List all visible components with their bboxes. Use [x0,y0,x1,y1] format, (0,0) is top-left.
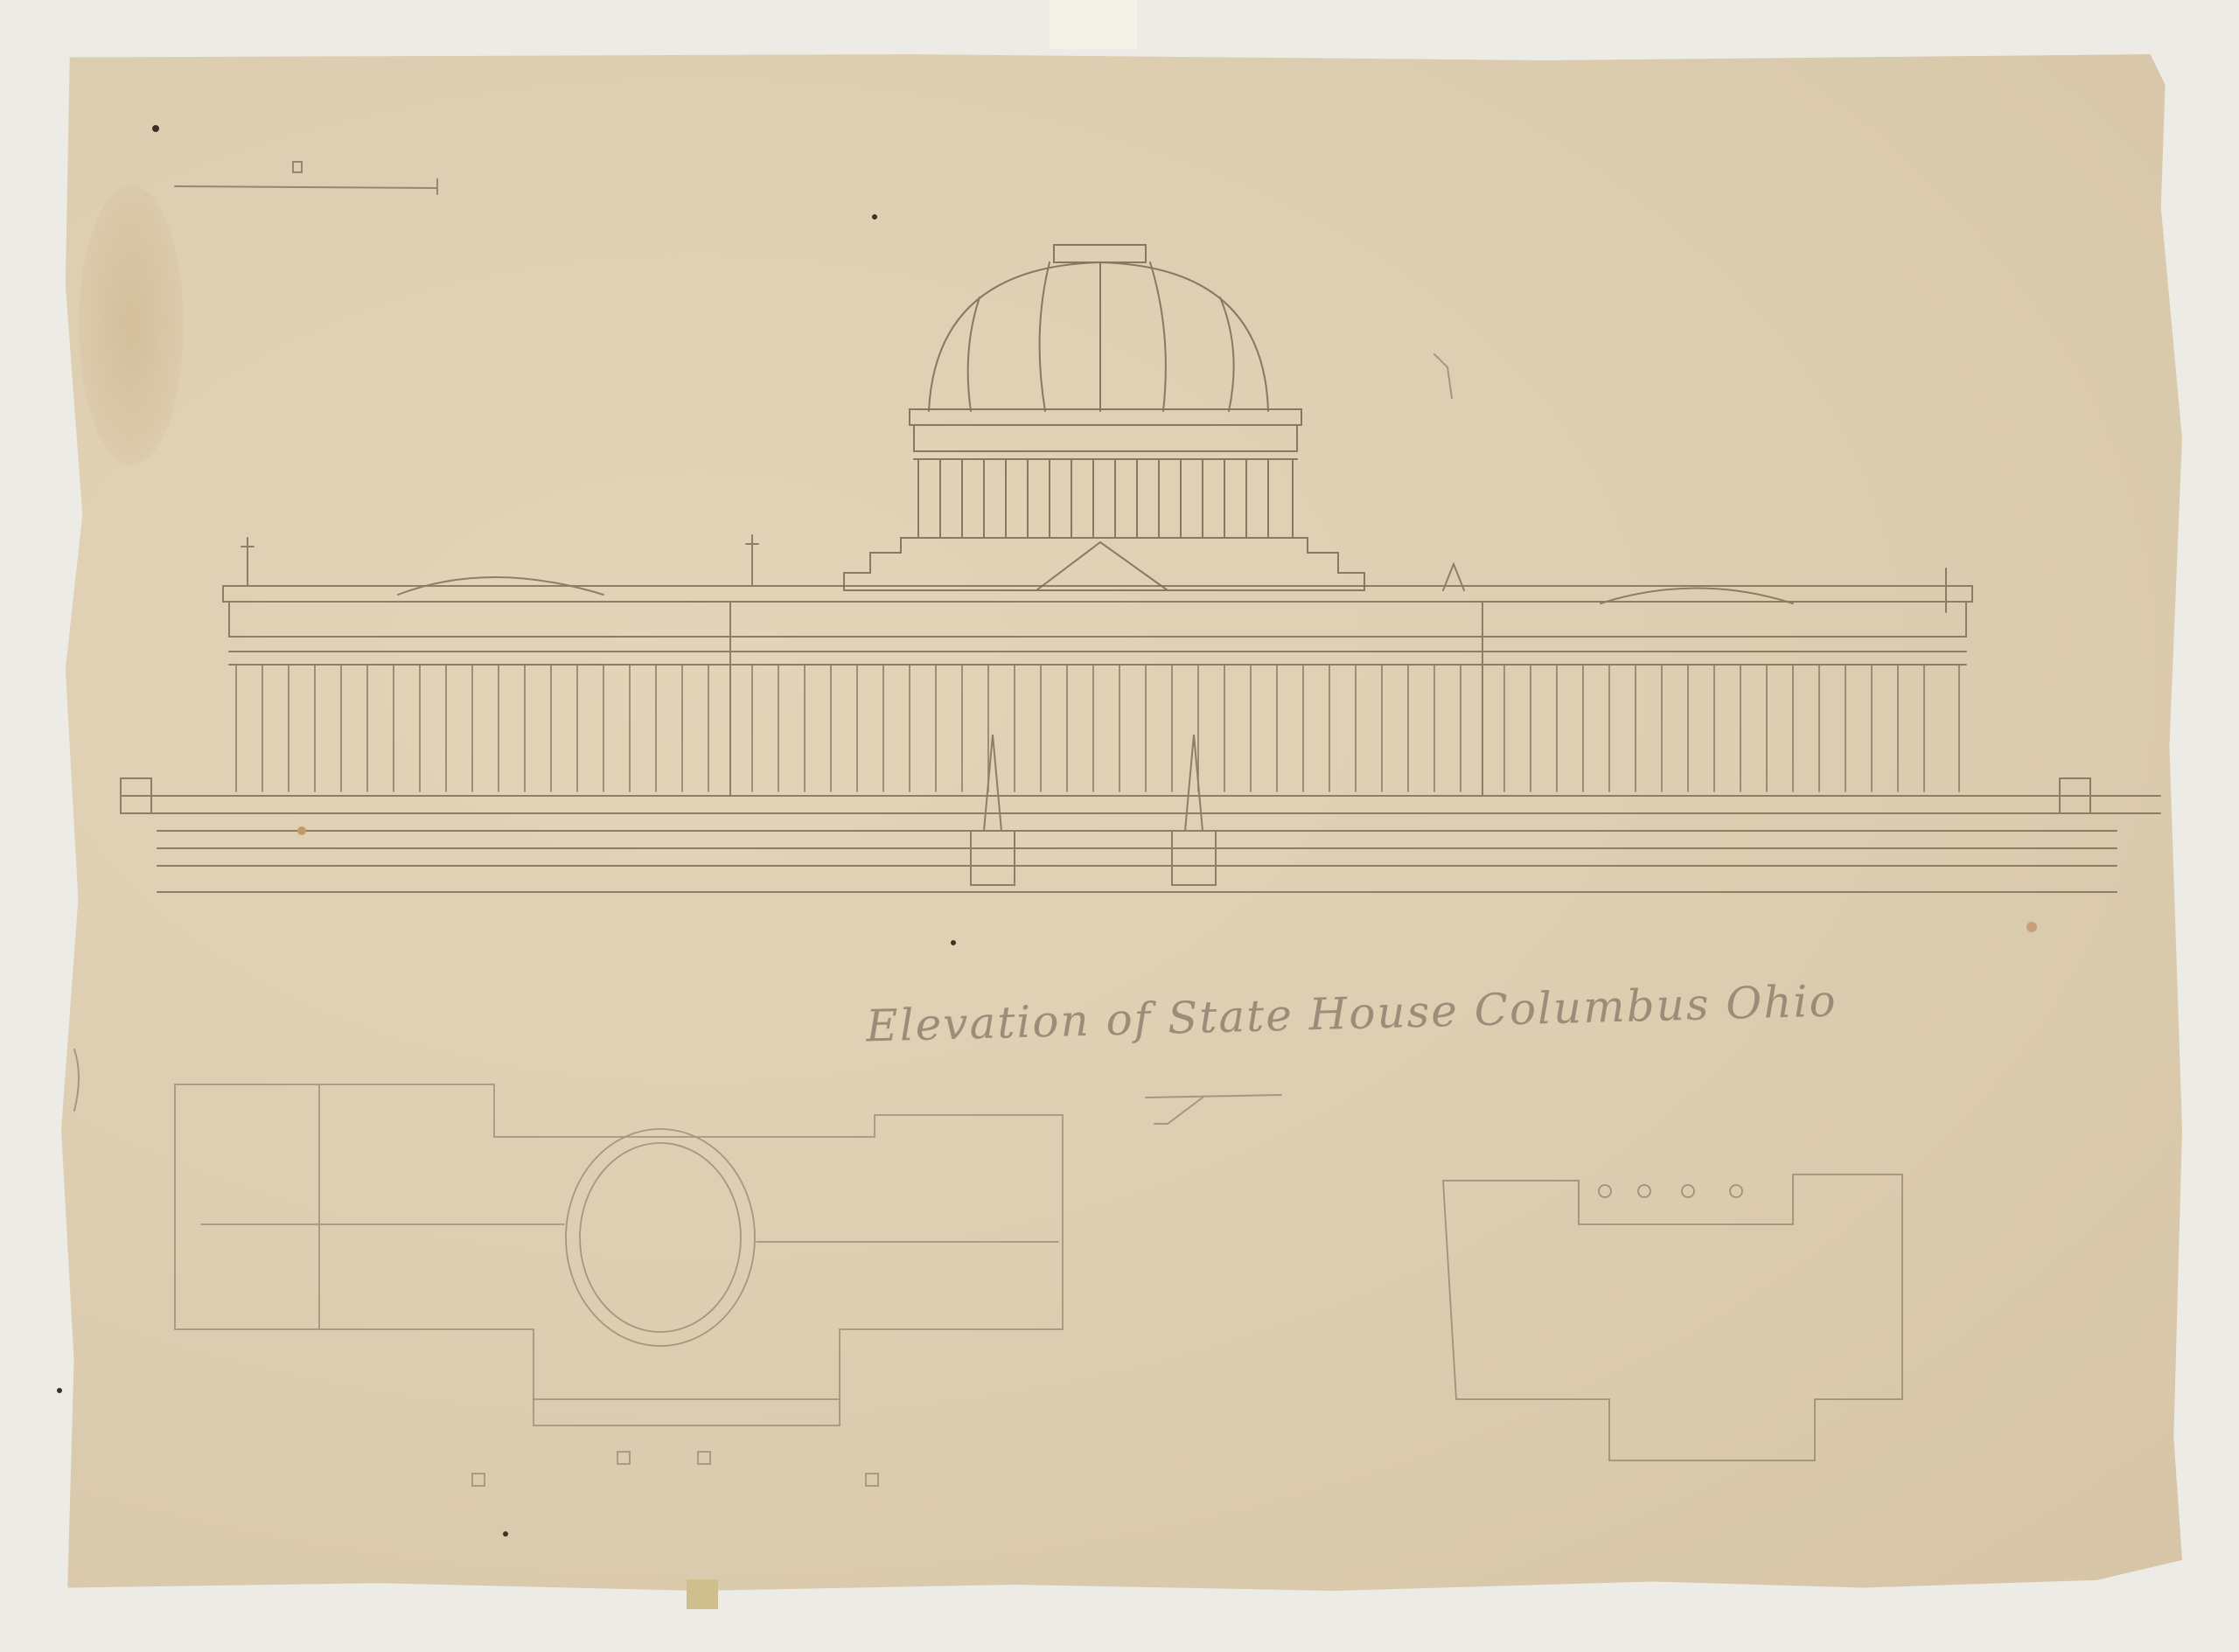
drum-columns [918,459,1293,538]
plan-left [175,1084,1063,1486]
statue-left [241,538,254,586]
scale-bar [175,162,437,194]
architectural-drawing [0,0,2239,1652]
urn-center-right [1185,735,1203,831]
statue-center [746,535,758,586]
plan-right [1443,1175,1902,1460]
urn-center-left [984,735,1001,831]
dome [844,245,1364,590]
front-elevation [121,535,2160,892]
colonnade [236,665,1959,791]
pedestal-center-right [1172,831,1216,885]
pedestal-center-left [971,831,1015,885]
